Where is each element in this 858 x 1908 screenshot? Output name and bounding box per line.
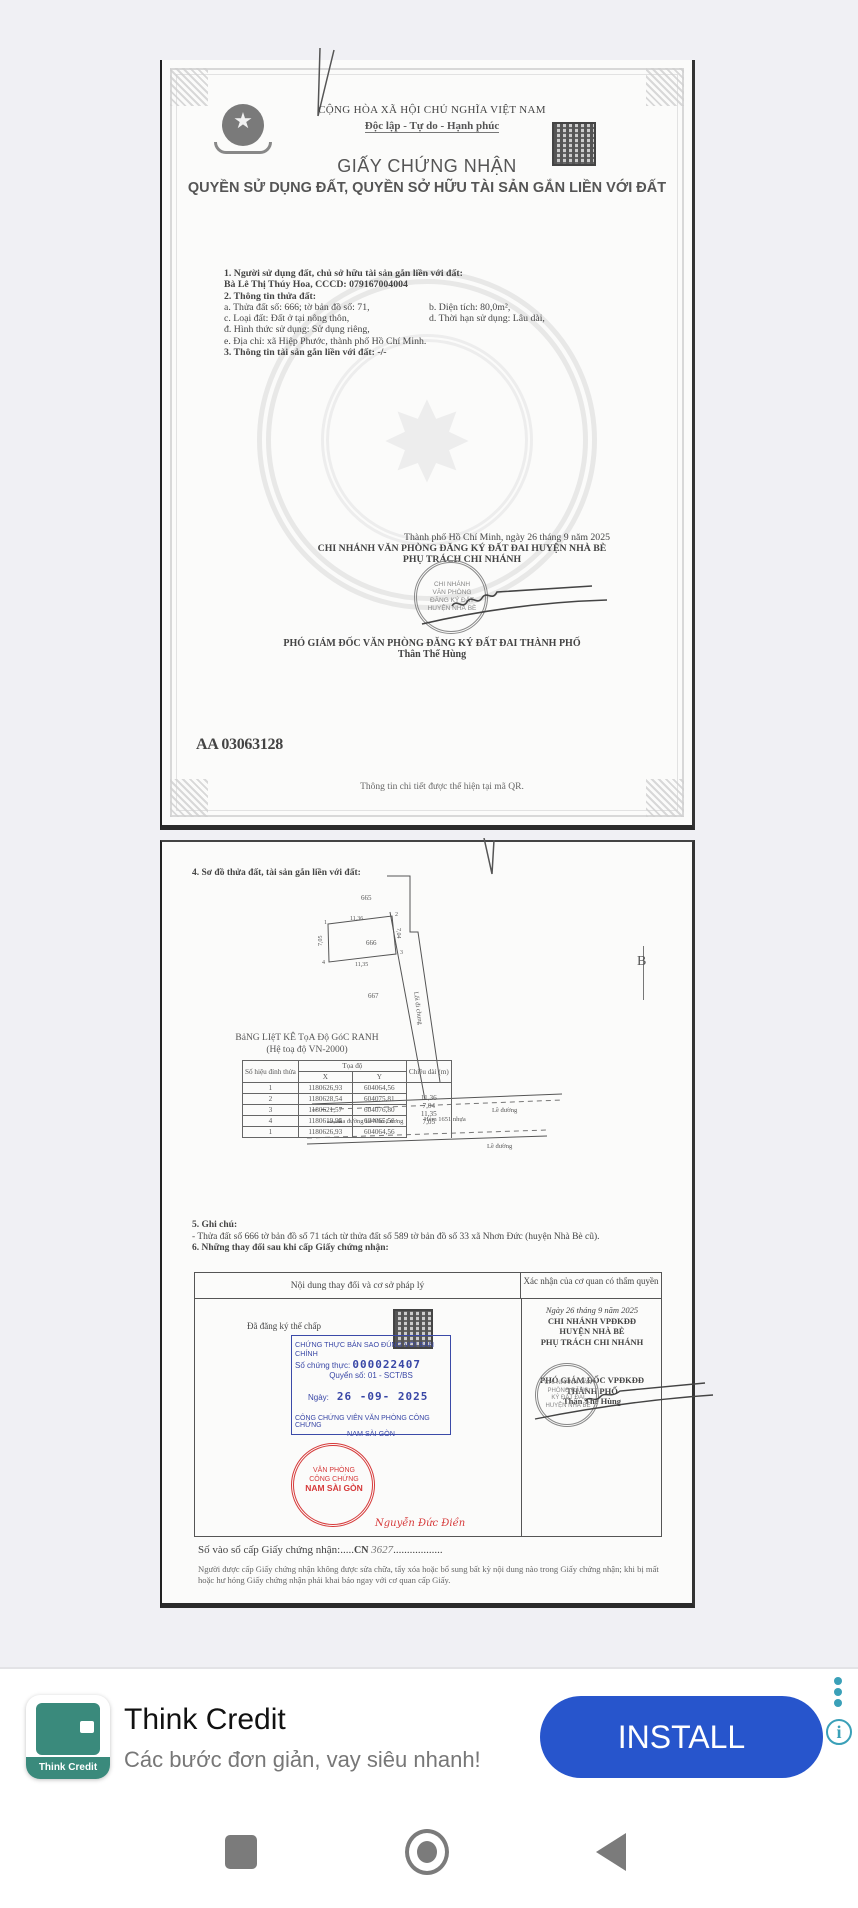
recents-icon[interactable]	[225, 1835, 257, 1869]
note-text: - Thửa đất số 666 tờ bản đồ số 71 tách t…	[192, 1232, 672, 1244]
back-icon[interactable]	[596, 1833, 626, 1871]
svg-text:7,04: 7,04	[395, 928, 401, 939]
issue-date: Thành phố Hồ Chí Minh, ngày 26 tháng 9 n…	[352, 532, 662, 543]
certificate-title: GIẤY CHỨNG NHẬN	[162, 156, 692, 177]
corner-ornament	[646, 68, 684, 106]
info-icon[interactable]: i	[826, 1719, 852, 1745]
document-viewer[interactable]: ★ CỘNG HÒA XÃ HỘI CHỦ NGHĨA VIỆT NAM Độc…	[0, 0, 858, 1667]
install-button[interactable]: INSTALL	[540, 1696, 823, 1778]
svg-text:11,35: 11,35	[355, 962, 368, 968]
signature	[525, 1373, 715, 1423]
notary-seal: VĂN PHÒNG CÔNG CHỨNGNAM SÀI GÒN	[291, 1443, 375, 1527]
motto: Độc lập - Tự do - Hạnh phúc	[302, 120, 562, 132]
wallet-icon	[36, 1703, 100, 1755]
svg-text:Lề đường: Lề đường	[492, 1107, 518, 1114]
certificate-subtitle: QUYỀN SỬ DỤNG ĐẤT, QUYỀN SỞ HỮU TÀI SẢN …	[162, 180, 692, 196]
coord-table: Số hiệu đỉnh thửa Tọa độ Chiều dài (m) X…	[242, 1060, 452, 1138]
svg-text:665: 665	[361, 894, 372, 902]
usage-form: đ. Hình thức sử dụng: Sử dụng riêng,	[224, 324, 654, 335]
coord-table-title: BảNG LIệT KÊ TọA Độ GóC RANH (Hệ toạ độ …	[212, 1032, 402, 1056]
section6-heading: 6. Những thay đổi sau khi cấp Giấy chứng…	[192, 1243, 672, 1255]
changes-col-content: Nội dung thay đổi và cơ sở pháp lý	[195, 1273, 521, 1298]
republic-header: CỘNG HÒA XÃ HỘI CHỦ NGHĨA VIỆT NAM	[302, 104, 562, 116]
changes-col-confirm: Xác nhận của cơ quan có thẩm quyền	[521, 1273, 661, 1298]
certificate-serial: AA 03063128	[196, 736, 283, 754]
owner: Bà Lê Thị Thúy Hoa, CCCD: 079167004004	[224, 279, 654, 290]
changes-table: Nội dung thay đổi và cơ sở pháp lý Xác n…	[194, 1272, 662, 1537]
more-vert-icon[interactable]	[831, 1677, 845, 1713]
notary-certification-stamp: CHỨNG THỰC BẢN SAO ĐÚNG VỚI BẢN CHÍNH Số…	[291, 1335, 451, 1435]
signer-name: Thân Thế Hùng	[202, 649, 662, 660]
usage-term: d. Thời hạn sử dụng: Lâu dài,	[429, 313, 545, 324]
svg-text:Lề đường: Lề đường	[487, 1143, 513, 1150]
parcel-number: a. Thửa đất số: 666; tờ bản đồ số: 71,	[224, 302, 429, 313]
parcel-area: b. Diện tích: 80,0m²,	[429, 302, 510, 313]
svg-text:667: 667	[368, 992, 379, 1000]
notes-section: 5. Ghi chú: - Thửa đất số 666 tờ bản đồ …	[192, 1220, 672, 1255]
edge-lengths: 11,367,0411,357,05	[406, 1083, 451, 1138]
ad-app-name[interactable]: Think Credit	[124, 1703, 286, 1737]
certificate-page-1: ★ CỘNG HÒA XÃ HỘI CHỦ NGHĨA VIỆT NAM Độc…	[160, 60, 695, 830]
svg-text:Lối đi chung: Lối đi chung	[412, 991, 424, 1026]
section2-heading: 2. Thông tin thửa đất:	[224, 291, 654, 302]
svg-text:3: 3	[400, 950, 403, 956]
legal-warning: Người được cấp Giấy chứng nhận không đượ…	[198, 1564, 668, 1586]
parcel-address: e. Địa chỉ: xã Hiệp Phước, thành phố Hồ …	[224, 336, 654, 347]
system-nav-bar	[0, 1797, 858, 1908]
svg-text:666: 666	[366, 939, 377, 947]
svg-text:7,05: 7,05	[318, 936, 324, 947]
svg-text:11,36: 11,36	[350, 916, 363, 922]
certificate-page-2: 4. Sơ đồ thửa đất, tài sản gắn liền với …	[160, 840, 695, 1608]
corner-ornament	[170, 68, 208, 106]
section1-heading: 1. Người sử dụng đất, chủ sở hữu tài sản…	[224, 268, 654, 279]
ad-tagline: Các bước đơn giản, vay siêu nhanh!	[124, 1747, 481, 1773]
svg-text:1: 1	[324, 920, 327, 926]
signature	[392, 580, 612, 630]
app-icon[interactable]: Think Credit	[26, 1695, 110, 1779]
svg-text:2: 2	[395, 912, 398, 918]
notary-signature: Nguyễn Đức Điền	[375, 1518, 465, 1529]
north-mark: B	[637, 954, 646, 970]
svg-text:4: 4	[322, 960, 325, 966]
table-row: 11180626,93604064,5611,367,0411,357,05	[243, 1083, 452, 1094]
signer-block: PHÓ GIÁM ĐỐC VĂN PHÒNG ĐĂNG KÝ ĐẤT ĐAI T…	[202, 638, 662, 660]
section3: 3. Thông tin tài sản gắn liền với đất: -…	[224, 347, 654, 358]
ad-banner[interactable]: Think Credit Think Credit Các bước đơn g…	[0, 1667, 858, 1797]
national-emblem-icon: ★	[214, 102, 272, 156]
land-type: c. Loại đất: Đất ở tại nông thôn,	[224, 313, 429, 324]
home-icon[interactable]	[405, 1829, 449, 1875]
register-number: Số vào sổ cấp Giấy chứng nhận:.....CN 36…	[198, 1544, 443, 1556]
issuing-branch: CHI NHÁNH VĂN PHÒNG ĐĂNG KÝ ĐẤT ĐAI HUYỆ…	[262, 543, 662, 554]
signer-title: PHÓ GIÁM ĐỐC VĂN PHÒNG ĐĂNG KÝ ĐẤT ĐAI T…	[202, 638, 662, 649]
qr-note: Thông tin chi tiết được thể hiện tại mã …	[162, 782, 692, 792]
land-info: 1. Người sử dụng đất, chủ sở hữu tài sản…	[224, 268, 654, 358]
app-icon-label: Think Credit	[26, 1757, 110, 1779]
change-entry: Đã đăng ký thế chấp	[247, 1321, 321, 1331]
issuer-block: Thành phố Hồ Chí Minh, ngày 26 tháng 9 n…	[262, 532, 662, 565]
